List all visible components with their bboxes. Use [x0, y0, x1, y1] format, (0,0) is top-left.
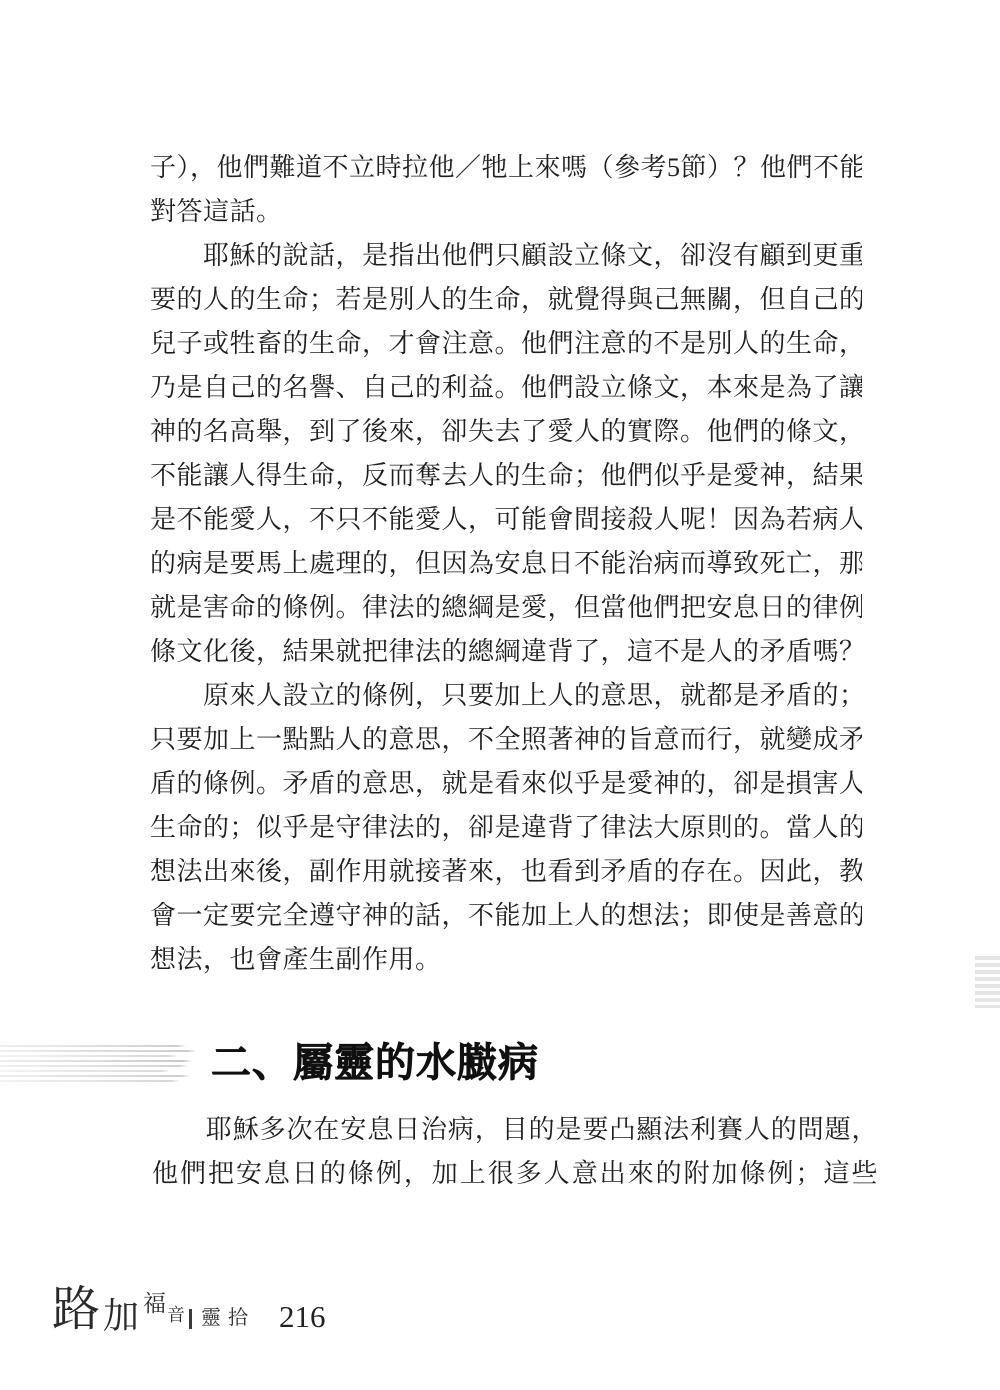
body-line: 想法出來後，副作用就接著來，也看到矛盾的存在。因此，教 [150, 850, 862, 894]
streak-line [0, 1060, 192, 1062]
book-title-char-jia: 加 [103, 1298, 139, 1334]
right-margin-stripes-decoration [975, 956, 1000, 1008]
body-line: 神的名高舉，到了後來，卻失去了愛人的實際。他們的條文， [150, 410, 862, 454]
body-line: 盾的條例。矛盾的意思，就是看來似乎是愛神的，卻是損害人 [150, 762, 862, 806]
page-footer: 路 加 福 音 靈拾 216 [52, 1278, 326, 1334]
body-line: 乃是自己的名譽、自己的利益。他們設立條文，本來是為了讓 [150, 366, 862, 410]
book-title-char-fu: 福 [143, 1292, 166, 1315]
section-text-block: 耶穌多次在安息日治病，目的是要凸顯法利賽人的問題， 他們把安息日的條例，加上很多… [152, 1108, 878, 1196]
body-line: 要的人的生命；若是別人的生命，就覺得與己無關，但自己的 [150, 278, 862, 322]
streak-line [0, 1055, 178, 1057]
body-line: 生命的；似乎是守律法的，卻是違背了律法大原則的。當人的 [150, 806, 862, 850]
streak-line [0, 1080, 180, 1082]
book-title-fuyin-group: 福 音 [143, 1290, 189, 1334]
book-title-char-lu: 路 [52, 1286, 100, 1334]
body-line: 就是害命的條例。律法的總綱是愛，但當他們把安息日的律例 [150, 586, 862, 630]
body-line: 對答這話。 [150, 190, 862, 234]
body-line: 耶穌多次在安息日治病，目的是要凸顯法利賽人的問題， [152, 1108, 878, 1152]
main-text-block: 子），他們難道不立時拉他／牠上來嗎（參考5節）？他們不能 對答這話。 耶穌的說話… [150, 146, 862, 982]
body-line: 耶穌的說話，是指出他們只顧設立條文，卻沒有顧到更重 [150, 234, 862, 278]
streak-line [0, 1045, 186, 1047]
streak-line [0, 1075, 190, 1077]
body-line: 兒子或牲畜的生命，才會注意。他們注意的不是別人的生命， [150, 322, 862, 366]
streak-line [0, 1070, 170, 1072]
heading-streaks-decoration [0, 1045, 198, 1087]
body-line: 的病是要馬上處理的，但因為安息日不能治病而導致死亡，那 [150, 542, 862, 586]
body-line: 他們把安息日的條例，加上很多人意出來的附加條例；這些 [152, 1152, 878, 1196]
streak-line [0, 1050, 196, 1052]
book-title-char-yin: 音 [167, 1306, 185, 1324]
footer-divider [189, 1309, 192, 1329]
body-line: 想法，也會產生副作用。 [150, 938, 862, 982]
body-line: 條文化後，結果就把律法的總綱違背了，這不是人的矛盾嗎？ [150, 630, 862, 674]
section-heading: 二、屬靈的水臌病 [211, 1040, 539, 1086]
body-line: 原來人設立的條例，只要加上人的意思，就都是矛盾的； [150, 674, 862, 718]
body-line: 子），他們難道不立時拉他／牠上來嗎（參考5節）？他們不能 [150, 146, 862, 190]
body-line: 是不能愛人，不只不能愛人，可能會間接殺人呢！因為若病人 [150, 498, 862, 542]
book-page: 子），他們難道不立時拉他／牠上來嗎（參考5節）？他們不能 對答這話。 耶穌的說話… [0, 0, 1000, 1390]
body-line: 不能讓人得生命，反而奪去人的生命；他們似乎是愛神，結果 [150, 454, 862, 498]
streak-line [0, 1065, 188, 1067]
body-line: 會一定要完全遵守神的話，不能加上人的想法；即使是善意的 [150, 894, 862, 938]
series-label: 靈拾 [201, 1308, 255, 1328]
page-number: 216 [279, 1301, 326, 1332]
body-line: 只要加上一點點人的意思，不全照著神的旨意而行，就變成矛 [150, 718, 862, 762]
